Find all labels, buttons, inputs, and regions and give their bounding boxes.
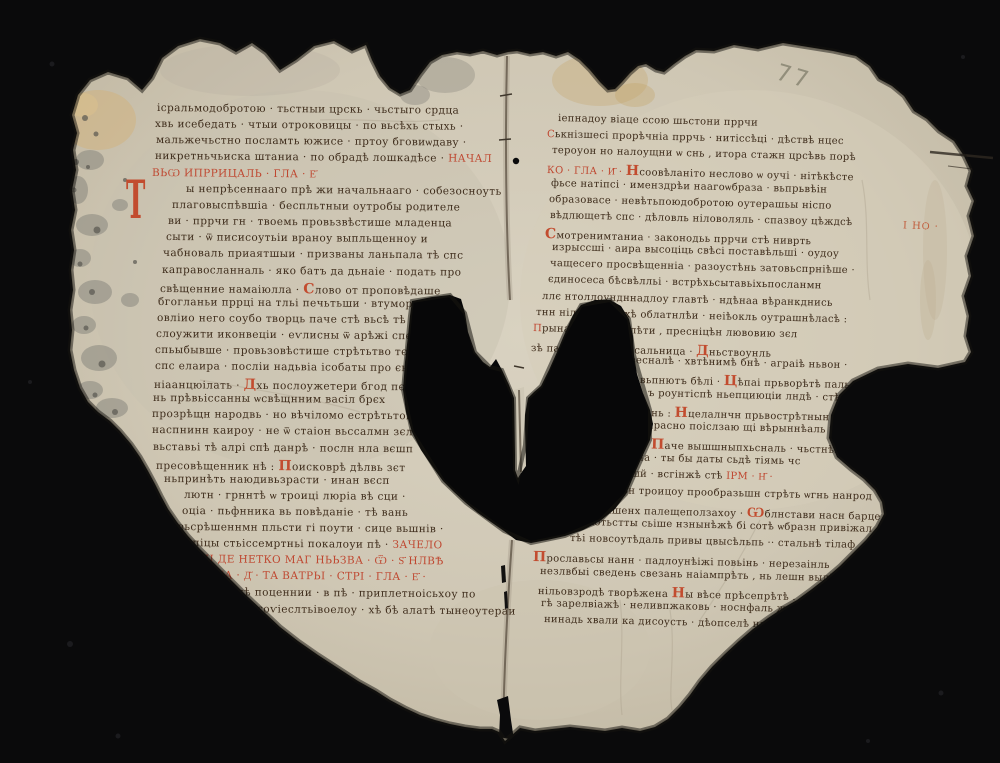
fold-slit: [504, 591, 508, 609]
stitch-marks: [499, 94, 524, 368]
fold-worm-hole: [513, 158, 519, 164]
damage-layer: [0, 0, 1000, 763]
manuscript-photograph: ісральмодобротою · тьстныи црскь · чьсты…: [0, 0, 1000, 763]
fold-slit: [501, 565, 506, 583]
